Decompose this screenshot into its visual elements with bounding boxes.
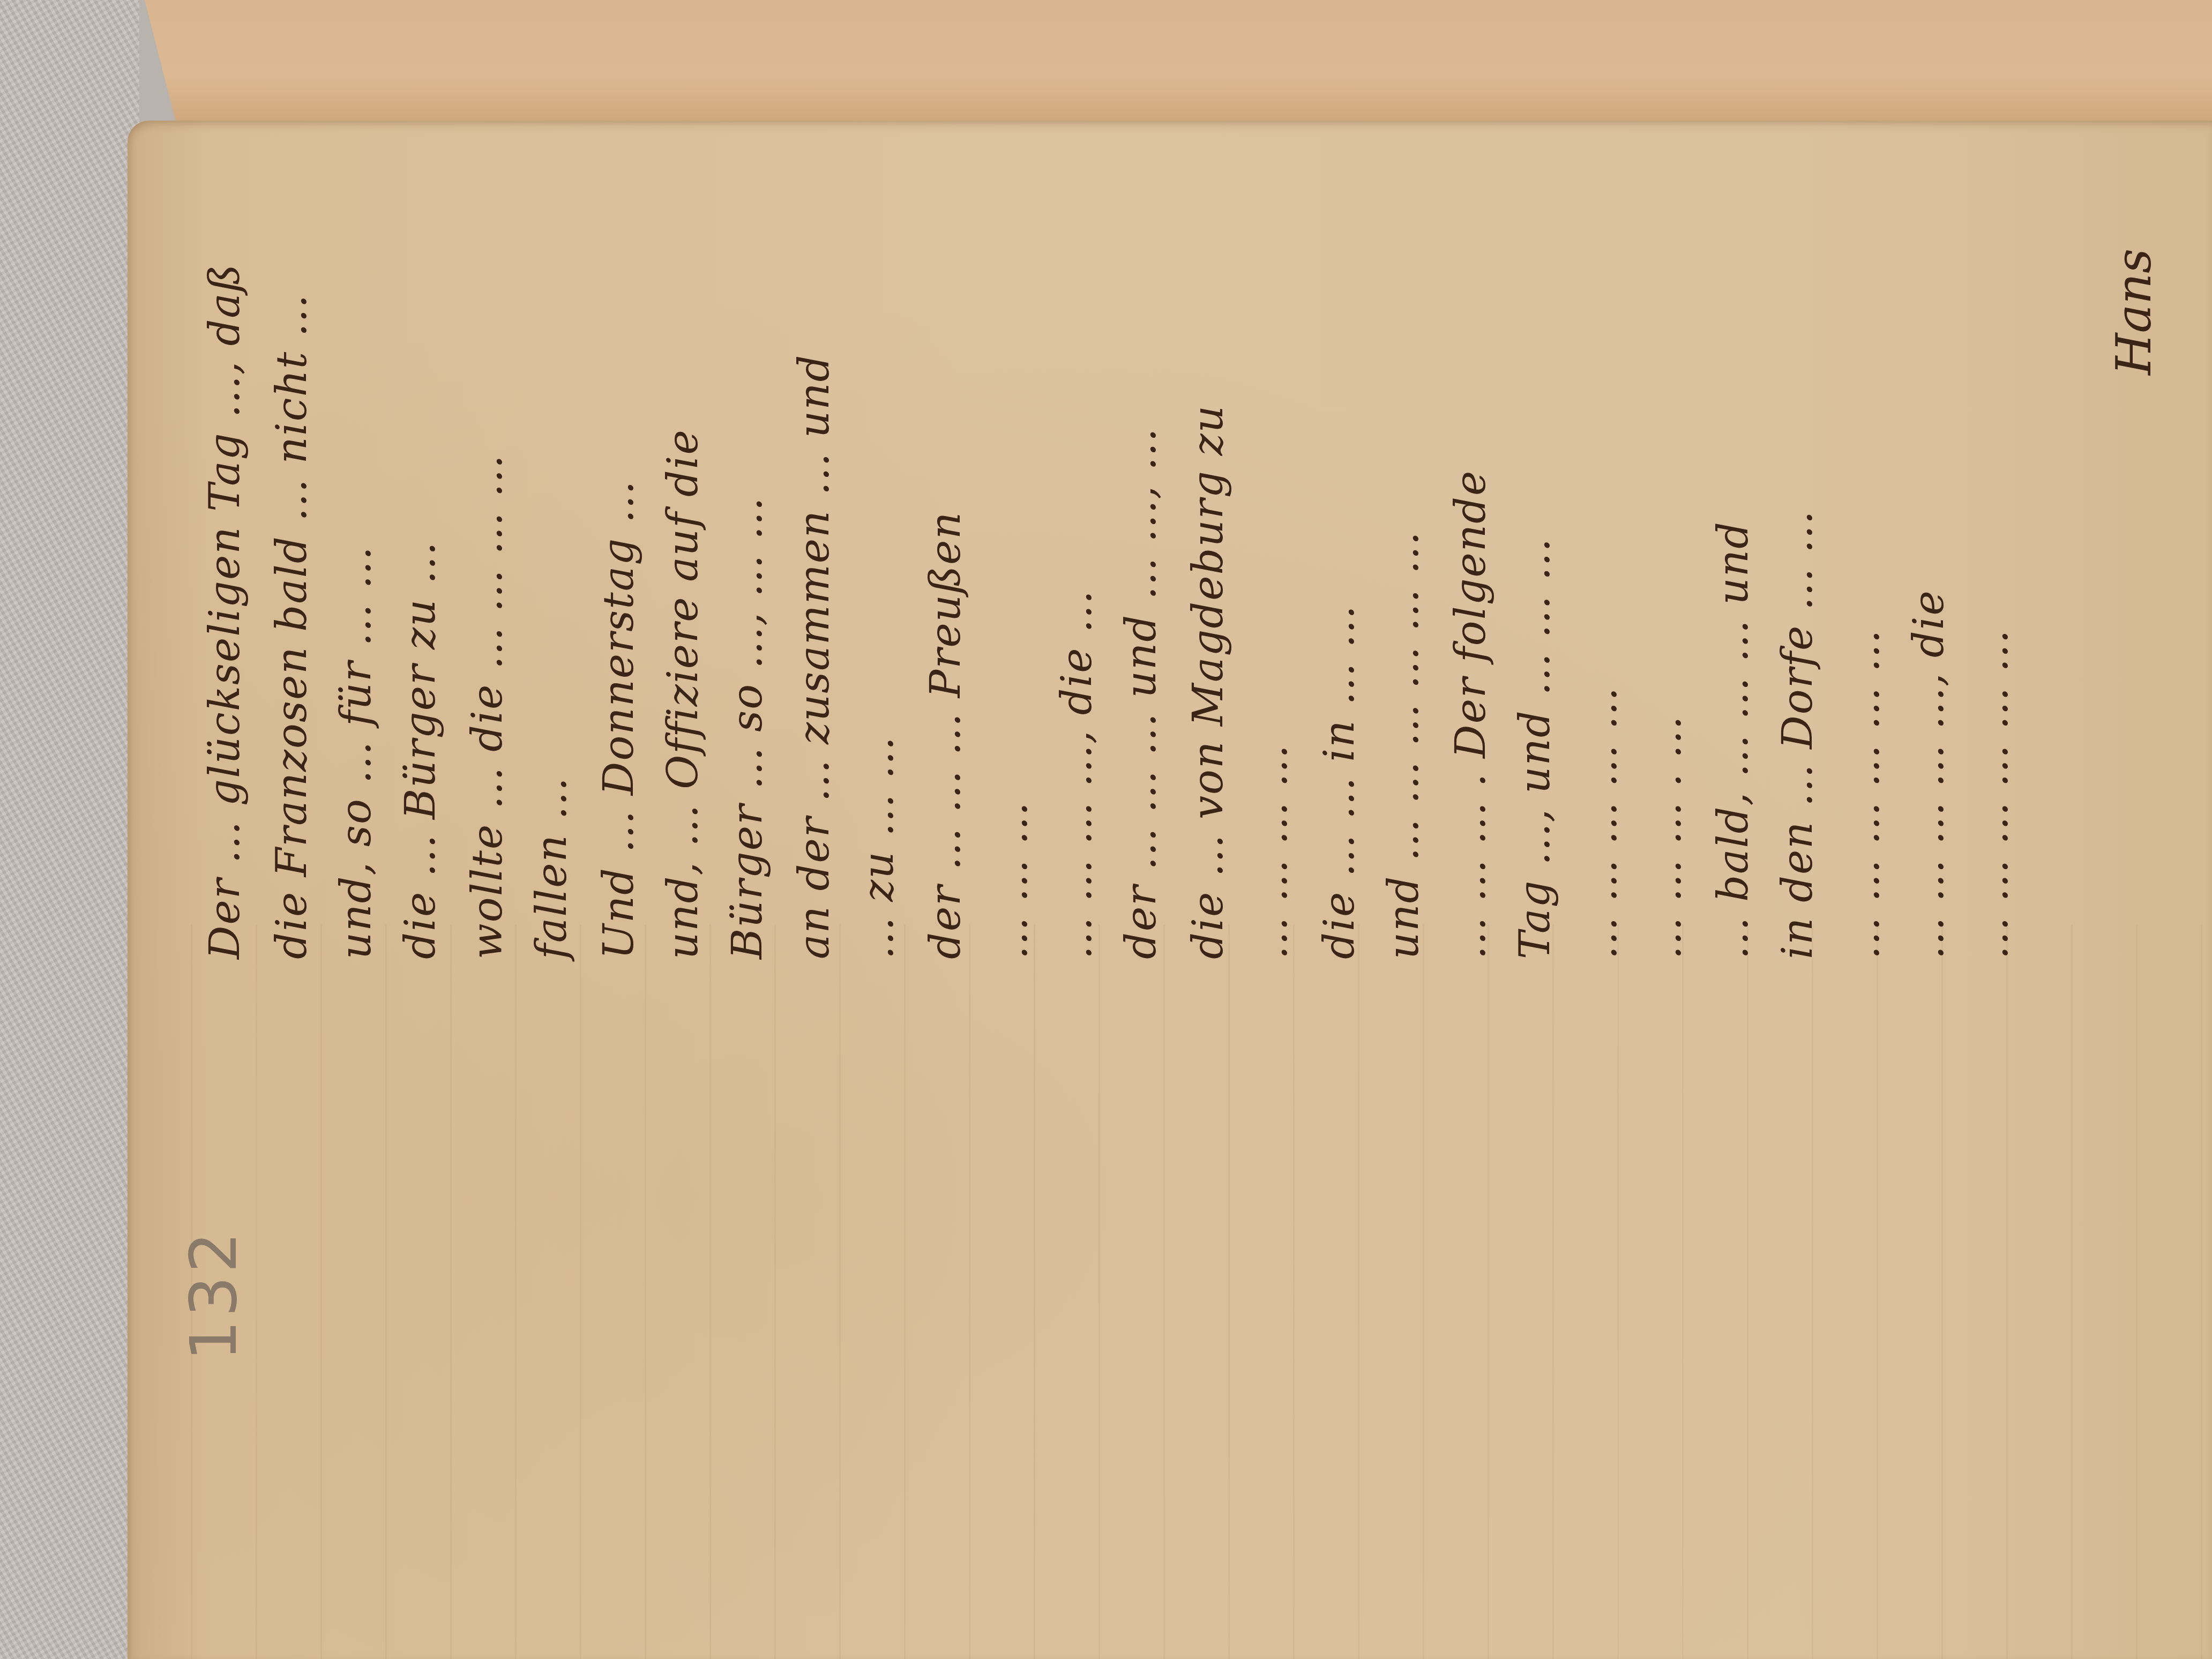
- text-line: an der ... zusammen ... und: [782, 354, 847, 959]
- text-line: in den ... Dorfe ... ...: [1766, 510, 1830, 959]
- text-line: ... ... ... ... ..., die: [1897, 589, 1961, 959]
- text-line: ... ... ...: [981, 801, 1045, 959]
- text-line: wollte ... die ... ... ... ...: [455, 454, 520, 959]
- text-line: ... ... ... ... ...: [1570, 686, 1634, 959]
- closing-word: Hans: [2106, 249, 2162, 375]
- text-line: ... ... ... . ...: [1634, 715, 1699, 960]
- text-line: die ... von Magdeburg zu: [1176, 405, 1240, 959]
- text-line: ... zu ... ...: [847, 736, 911, 959]
- text-line: ... ... ... ... ... ...: [1833, 629, 1897, 959]
- text-line: ... ... ... ... ... ...: [1961, 629, 2026, 959]
- text-line: der ... ... ... Preußen: [914, 511, 978, 959]
- text-line: ... ... ... . Der folgende: [1439, 470, 1503, 959]
- text-line: die ... ... in ... ...: [1307, 604, 1372, 959]
- cloth-background: [0, 0, 139, 1659]
- text-line: und, ... Offiziere auf die: [651, 429, 715, 959]
- text-line: Und ... Donnerstag ...: [587, 480, 651, 959]
- text-line: und ... ... ... ... ... ...: [1372, 531, 1436, 959]
- text-line: Bürger ... so ..., ... ...: [715, 497, 780, 960]
- text-line: und, so ... für ... ...: [324, 545, 388, 959]
- text-line: fallen ...: [520, 776, 584, 959]
- faint-ruling: [128, 924, 2212, 1659]
- text-line: ... bald, ... ... ... und: [1701, 521, 1766, 959]
- text-line: Tag ..., und ... ... ...: [1503, 537, 1567, 959]
- text-line: ... ... ... ...: [1240, 744, 1305, 959]
- handwritten-text-block: Der ... glückseligen Tag ..., daß die Fr…: [193, 91, 2133, 959]
- page-number: 132: [177, 1229, 251, 1361]
- text-line: ... ... ... ..., die ...: [1045, 589, 1109, 959]
- text-line: die Franzosen bald ... nicht ...: [260, 294, 324, 959]
- text-line: die ... Bürger zu ...: [388, 541, 453, 959]
- text-line: Der ... glückseligen Tag ..., daß: [193, 263, 257, 959]
- text-line: der ... ... ... und ... ..., ...: [1109, 428, 1174, 959]
